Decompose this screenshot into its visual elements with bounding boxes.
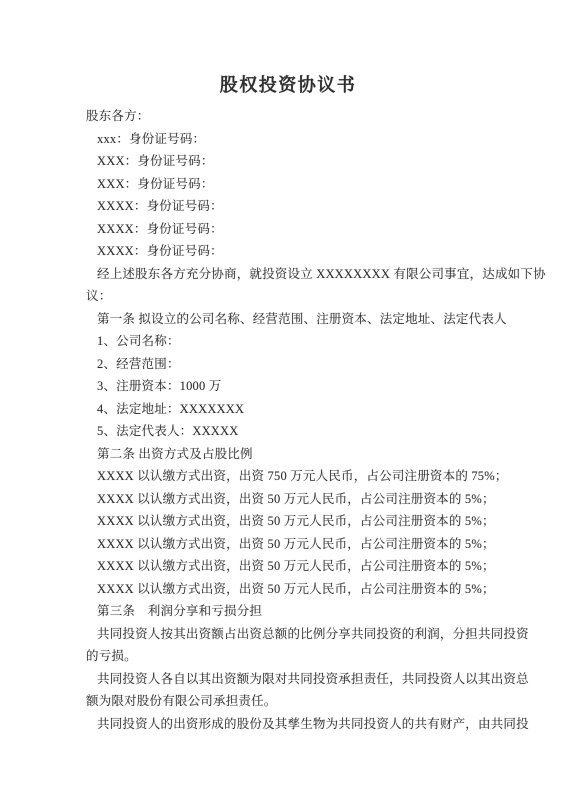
document-line: 共同投资人按其出资额占出资总额的比例分享共同投资的利润，分担共同投资 <box>86 623 566 646</box>
document-line: 共同投资人的出资形成的股份及其孳生物为共同投资人的共有财产，由共同投 <box>86 713 566 736</box>
document-line: 5、法定代表人：XXXXX <box>86 420 566 443</box>
document-line: 共同投资人各自以其出资额为限对共同投资承担责任，共同投资人以其出资总 <box>86 668 566 691</box>
document-line: 的亏损。 <box>86 645 566 668</box>
document-line: XXXX 以认缴方式出资，出资 50 万元人民币，占公司注册资本的 5%； <box>86 555 566 578</box>
document-line: XXXX 以认缴方式出资，出资 50 万元人民币，占公司注册资本的 5%； <box>86 510 566 533</box>
document-line: XXXX：身份证号码： <box>86 240 566 263</box>
document-line: 4、法定地址：XXXXXXX <box>86 398 566 421</box>
document-line: XXXX 以认缴方式出资，出资 750 万元人民币，占公司注册资本的 75%； <box>86 465 566 488</box>
document-line: XXXX：身份证号码： <box>86 195 566 218</box>
document-line: 第二条 出资方式及占股比例 <box>86 443 566 466</box>
document-line: XXXX 以认缴方式出资，出资 50 万元人民币，占公司注册资本的 5%； <box>86 533 566 556</box>
document-line: XXX：身份证号码： <box>86 150 566 173</box>
document-line: 第一条 拟设立的公司名称、经营范围、注册资本、法定地址、法定代表人 <box>86 308 566 331</box>
document-line: XXXX 以认缴方式出资，出资 50 万元人民币，占公司注册资本的 5%； <box>86 578 566 601</box>
document-line: XXXX 以认缴方式出资，出资 50 万元人民币，占公司注册资本的 5%； <box>86 488 566 511</box>
document-line: 额为限对股份有限公司承担责任。 <box>86 690 566 713</box>
document-line: 议： <box>86 285 566 308</box>
document-line: 2、经营范围： <box>86 353 566 376</box>
document-line: xxx：身份证号码： <box>86 128 566 151</box>
document-page: 股权投资协议书 股东各方： xxx：身份证号码： XXX：身份证号码： XXX：… <box>0 0 566 800</box>
document-line: 经上述股东各方充分协商，就投资设立 XXXXXXXX 有限公司事宜，达成如下协 <box>86 263 566 286</box>
document-line: 股东各方： <box>86 105 566 128</box>
document-line: 1、公司名称： <box>86 330 566 353</box>
document-line: 第三条 利润分享和亏损分担 <box>86 600 566 623</box>
document-line: XXXX：身份证号码： <box>86 218 566 241</box>
document-line: XXX：身份证号码： <box>86 173 566 196</box>
document-line: 3、注册资本：1000 万 <box>86 375 566 398</box>
document-title: 股权投资协议书 <box>86 73 490 98</box>
